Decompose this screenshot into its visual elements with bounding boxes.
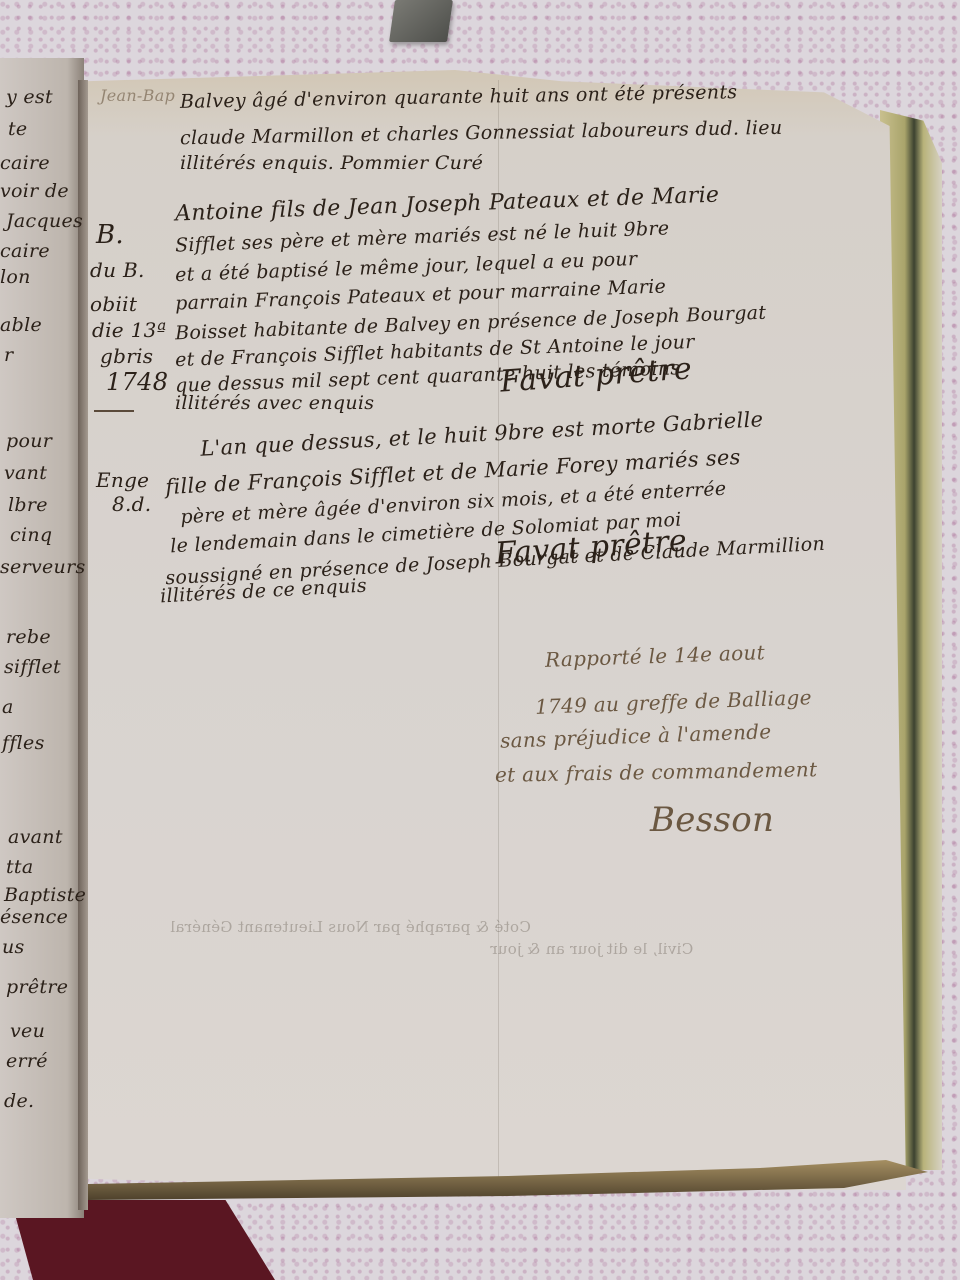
left-fragment: pour [6, 430, 52, 452]
left-fragment: lon [0, 266, 31, 288]
left-fragment: sifflet [4, 656, 61, 678]
left-fragment: avant [8, 826, 63, 848]
margin-note: 8.d. [112, 492, 151, 516]
entry-divider [94, 410, 134, 412]
margin-note: 1748 [106, 368, 168, 396]
reversed-print-line: Civil, le dit jour an & jour [490, 940, 693, 958]
left-fragment: erré [6, 1050, 48, 1072]
margin-note: obiit [90, 292, 137, 316]
margin-note: die 13ª [92, 318, 166, 342]
left-fragment: y est [6, 86, 53, 108]
left-fragment: prêtre [6, 976, 68, 998]
left-fragment: tta [6, 856, 34, 878]
left-fragment: veu [10, 1020, 45, 1042]
left-fragment: cinq [10, 524, 52, 546]
left-fragment: lbre [8, 494, 48, 516]
metal-weight [389, 0, 453, 42]
left-fragment: ésence [0, 906, 68, 928]
margin-note: Enge [96, 468, 149, 492]
margin-note: du B. [90, 258, 145, 282]
left-fragment: caire [0, 152, 50, 174]
text-line: illitérés enquis. Pommier Curé [180, 152, 483, 174]
left-fragment: Jacques [6, 210, 83, 232]
left-fragment: r [4, 344, 13, 366]
left-fragment: ffles [2, 732, 45, 754]
left-fragment: te [8, 118, 27, 140]
book-gutter [78, 80, 88, 1210]
left-fragment: rebe [6, 626, 51, 648]
faded-marginal-header: Jean-Bap [100, 86, 175, 105]
official-signature: Besson [650, 800, 774, 840]
left-fragment: us [2, 936, 25, 958]
left-fragment: vant [4, 462, 47, 484]
left-fragment: able [0, 314, 42, 336]
left-fragment: serveurs [0, 556, 86, 578]
text-line: illitérés avec enquis [175, 392, 374, 414]
left-fragment: Baptiste [4, 884, 86, 906]
left-fragment: a [2, 696, 14, 718]
left-fragment: voir de [0, 180, 69, 202]
margin-note: B. [96, 220, 124, 250]
reversed-print-line: Coté & paraphé par Nous Lieutenant Génér… [170, 918, 531, 936]
margin-note: gbris [100, 344, 153, 368]
left-fragment: de. [4, 1090, 34, 1112]
left-fragment: caire [0, 240, 50, 262]
